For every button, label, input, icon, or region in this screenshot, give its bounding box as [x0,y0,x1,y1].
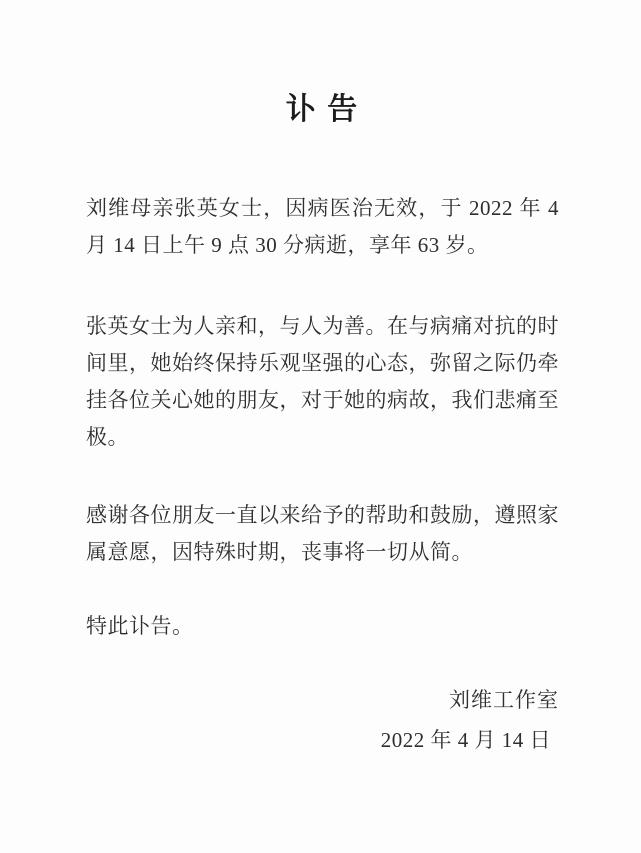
signature-block: 刘维工作室 2022 年 4 月 14 日 [86,682,559,759]
paragraph-closing: 特此讣告。 [86,608,559,645]
obituary-document: 讣 告 刘维母亲张英女士，因病医治无效，于 2022 年 4 月 14 日上午 … [0,0,641,853]
paragraph-death-announcement: 刘维母亲张英女士，因病医治无效，于 2022 年 4 月 14 日上午 9 点 … [86,190,559,264]
document-title: 讣 告 [86,92,559,128]
paragraph-tribute: 张英女士为人亲和，与人为善。在与病痛对抗的时间里，她始终保持乐观坚强的心态，弥留… [86,308,559,456]
signature-date: 2022 年 4 月 14 日 [86,722,551,759]
document-content: 讣 告 刘维母亲张英女士，因病医治无效，于 2022 年 4 月 14 日上午 … [0,92,641,759]
paragraph-thanks-arrangements: 感谢各位朋友一直以来给予的帮助和鼓励，遵照家属意愿，因特殊时期，丧事将一切从简。 [86,497,559,571]
signature-name: 刘维工作室 [86,682,559,719]
